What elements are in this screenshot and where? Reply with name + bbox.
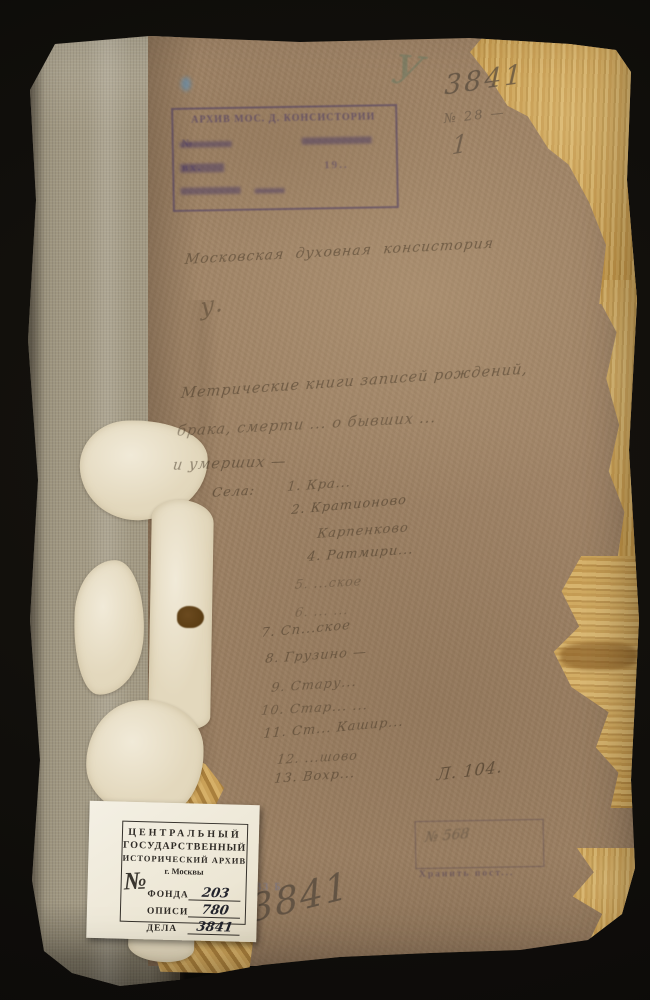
pencil-mark-one: 1 — [451, 129, 468, 160]
opis-value: 780 — [188, 904, 242, 918]
archive-stamp-top: АРХИВ МОС. Д. КОНСИСТОРИИ № вх. 19.. — [171, 104, 399, 212]
hw-villages-label: Села: — [211, 484, 256, 501]
archive-label-border: ЦЕНТРАЛЬНЫЙ ГОСУДАРСТВЕННЫЙ ИСТОРИЧЕСКИЙ… — [120, 821, 249, 925]
archive-name-line1: ЦЕНТРАЛЬНЫЙ — [123, 827, 247, 841]
stamp-smear — [302, 136, 372, 144]
fond-row: ФОНДА 203 — [147, 884, 241, 901]
stamp-smear — [180, 141, 232, 148]
keep-permanently-stamp: Хранить пост... — [419, 868, 515, 880]
delo-caption: ДЕЛА — [146, 923, 188, 934]
stamp-smear — [255, 188, 285, 194]
hw-village-item: 6. ... ... — [294, 602, 350, 620]
fond-caption: ФОНДА — [147, 889, 189, 900]
delo-value: 3841 — [187, 921, 241, 935]
numero-sign: № — [123, 868, 147, 897]
stamp-year-line: 19.. — [324, 159, 349, 171]
fond-value: 203 — [188, 887, 242, 901]
opis-row: ОПИСИ 780 — [147, 901, 241, 918]
stamp-box-number: № 568 — [424, 826, 470, 846]
archive-name-line3: ИСТОРИЧЕСКИЙ АРХИВ — [122, 853, 246, 866]
stamp-title-line: АРХИВ МОС. Д. КОНСИСТОРИИ — [177, 111, 389, 126]
book-cover: АРХИВ МОС. Д. КОНСИСТОРИИ № вх. 19.. 384… — [0, 0, 650, 1000]
delo-row: ДЕЛА 3841 — [146, 918, 240, 935]
ink-blot — [177, 606, 204, 628]
stamp-smear — [180, 163, 224, 173]
wood-dark-streak — [560, 642, 638, 670]
stamp-smear — [181, 187, 241, 195]
opis-caption: ОПИСИ — [147, 906, 189, 917]
archive-label: ЦЕНТРАЛЬНЫЙ ГОСУДАРСТВЕННЫЙ ИСТОРИЧЕСКИЙ… — [86, 801, 260, 942]
blue-smudge — [181, 77, 191, 91]
archive-name-line2: ГОСУДАРСТВЕННЫЙ — [123, 840, 247, 854]
photo-backdrop: АРХИВ МОС. Д. КОНСИСТОРИИ № вх. 19.. 384… — [0, 0, 650, 1000]
hw-flourish: у. — [200, 288, 224, 321]
archive-label-rows: ФОНДА 203 ОПИСИ 780 ДЕЛА 3841 — [146, 884, 241, 937]
archive-stamp-bottom-box: № 568 — [415, 819, 545, 869]
